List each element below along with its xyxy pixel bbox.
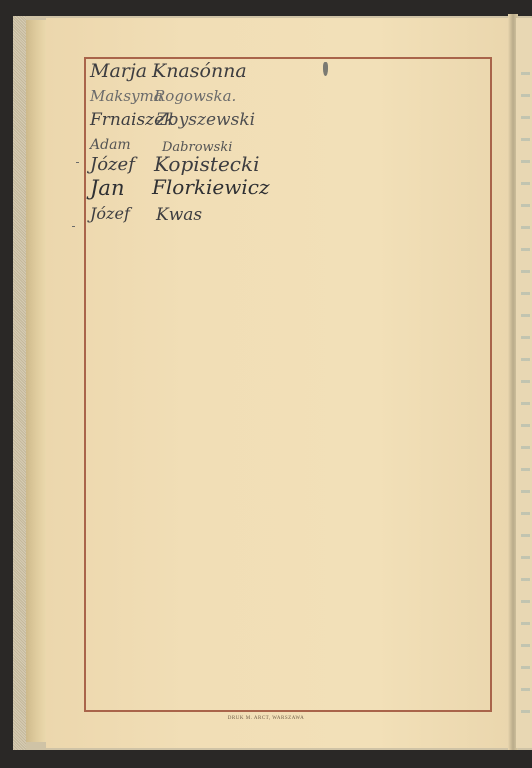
- entry-last-name: Kopistecki: [154, 152, 260, 176]
- margin-mark: [76, 162, 79, 163]
- ink-blot: [323, 62, 328, 76]
- entry-first-name: Józef: [90, 204, 130, 223]
- entry-last-name: Kwas: [156, 205, 202, 225]
- cloth-cover-edge: [13, 16, 26, 750]
- entry-last-name: Rogowska.: [154, 87, 236, 105]
- facing-page-edge: [516, 18, 532, 748]
- entry-first-name: Adam: [90, 137, 131, 153]
- decorative-border-pattern: [521, 58, 530, 718]
- entry-first-name: Jan: [90, 176, 124, 200]
- page-stack-edge: [26, 20, 46, 742]
- entry-first-name: Józef: [90, 154, 135, 175]
- printer-imprint: DRUK M. ARCT, WARSZAWA: [0, 716, 532, 721]
- margin-mark: [72, 226, 75, 227]
- page-border-frame: [84, 57, 492, 712]
- entry-last-name: Florkiewicz: [152, 175, 269, 199]
- entry-first-name: Marja: [90, 60, 147, 82]
- entry-last-name: Zbyszewski: [156, 110, 255, 130]
- entry-first-name: Maksyma: [90, 87, 163, 105]
- entry-last-name: Knasónna: [152, 60, 247, 82]
